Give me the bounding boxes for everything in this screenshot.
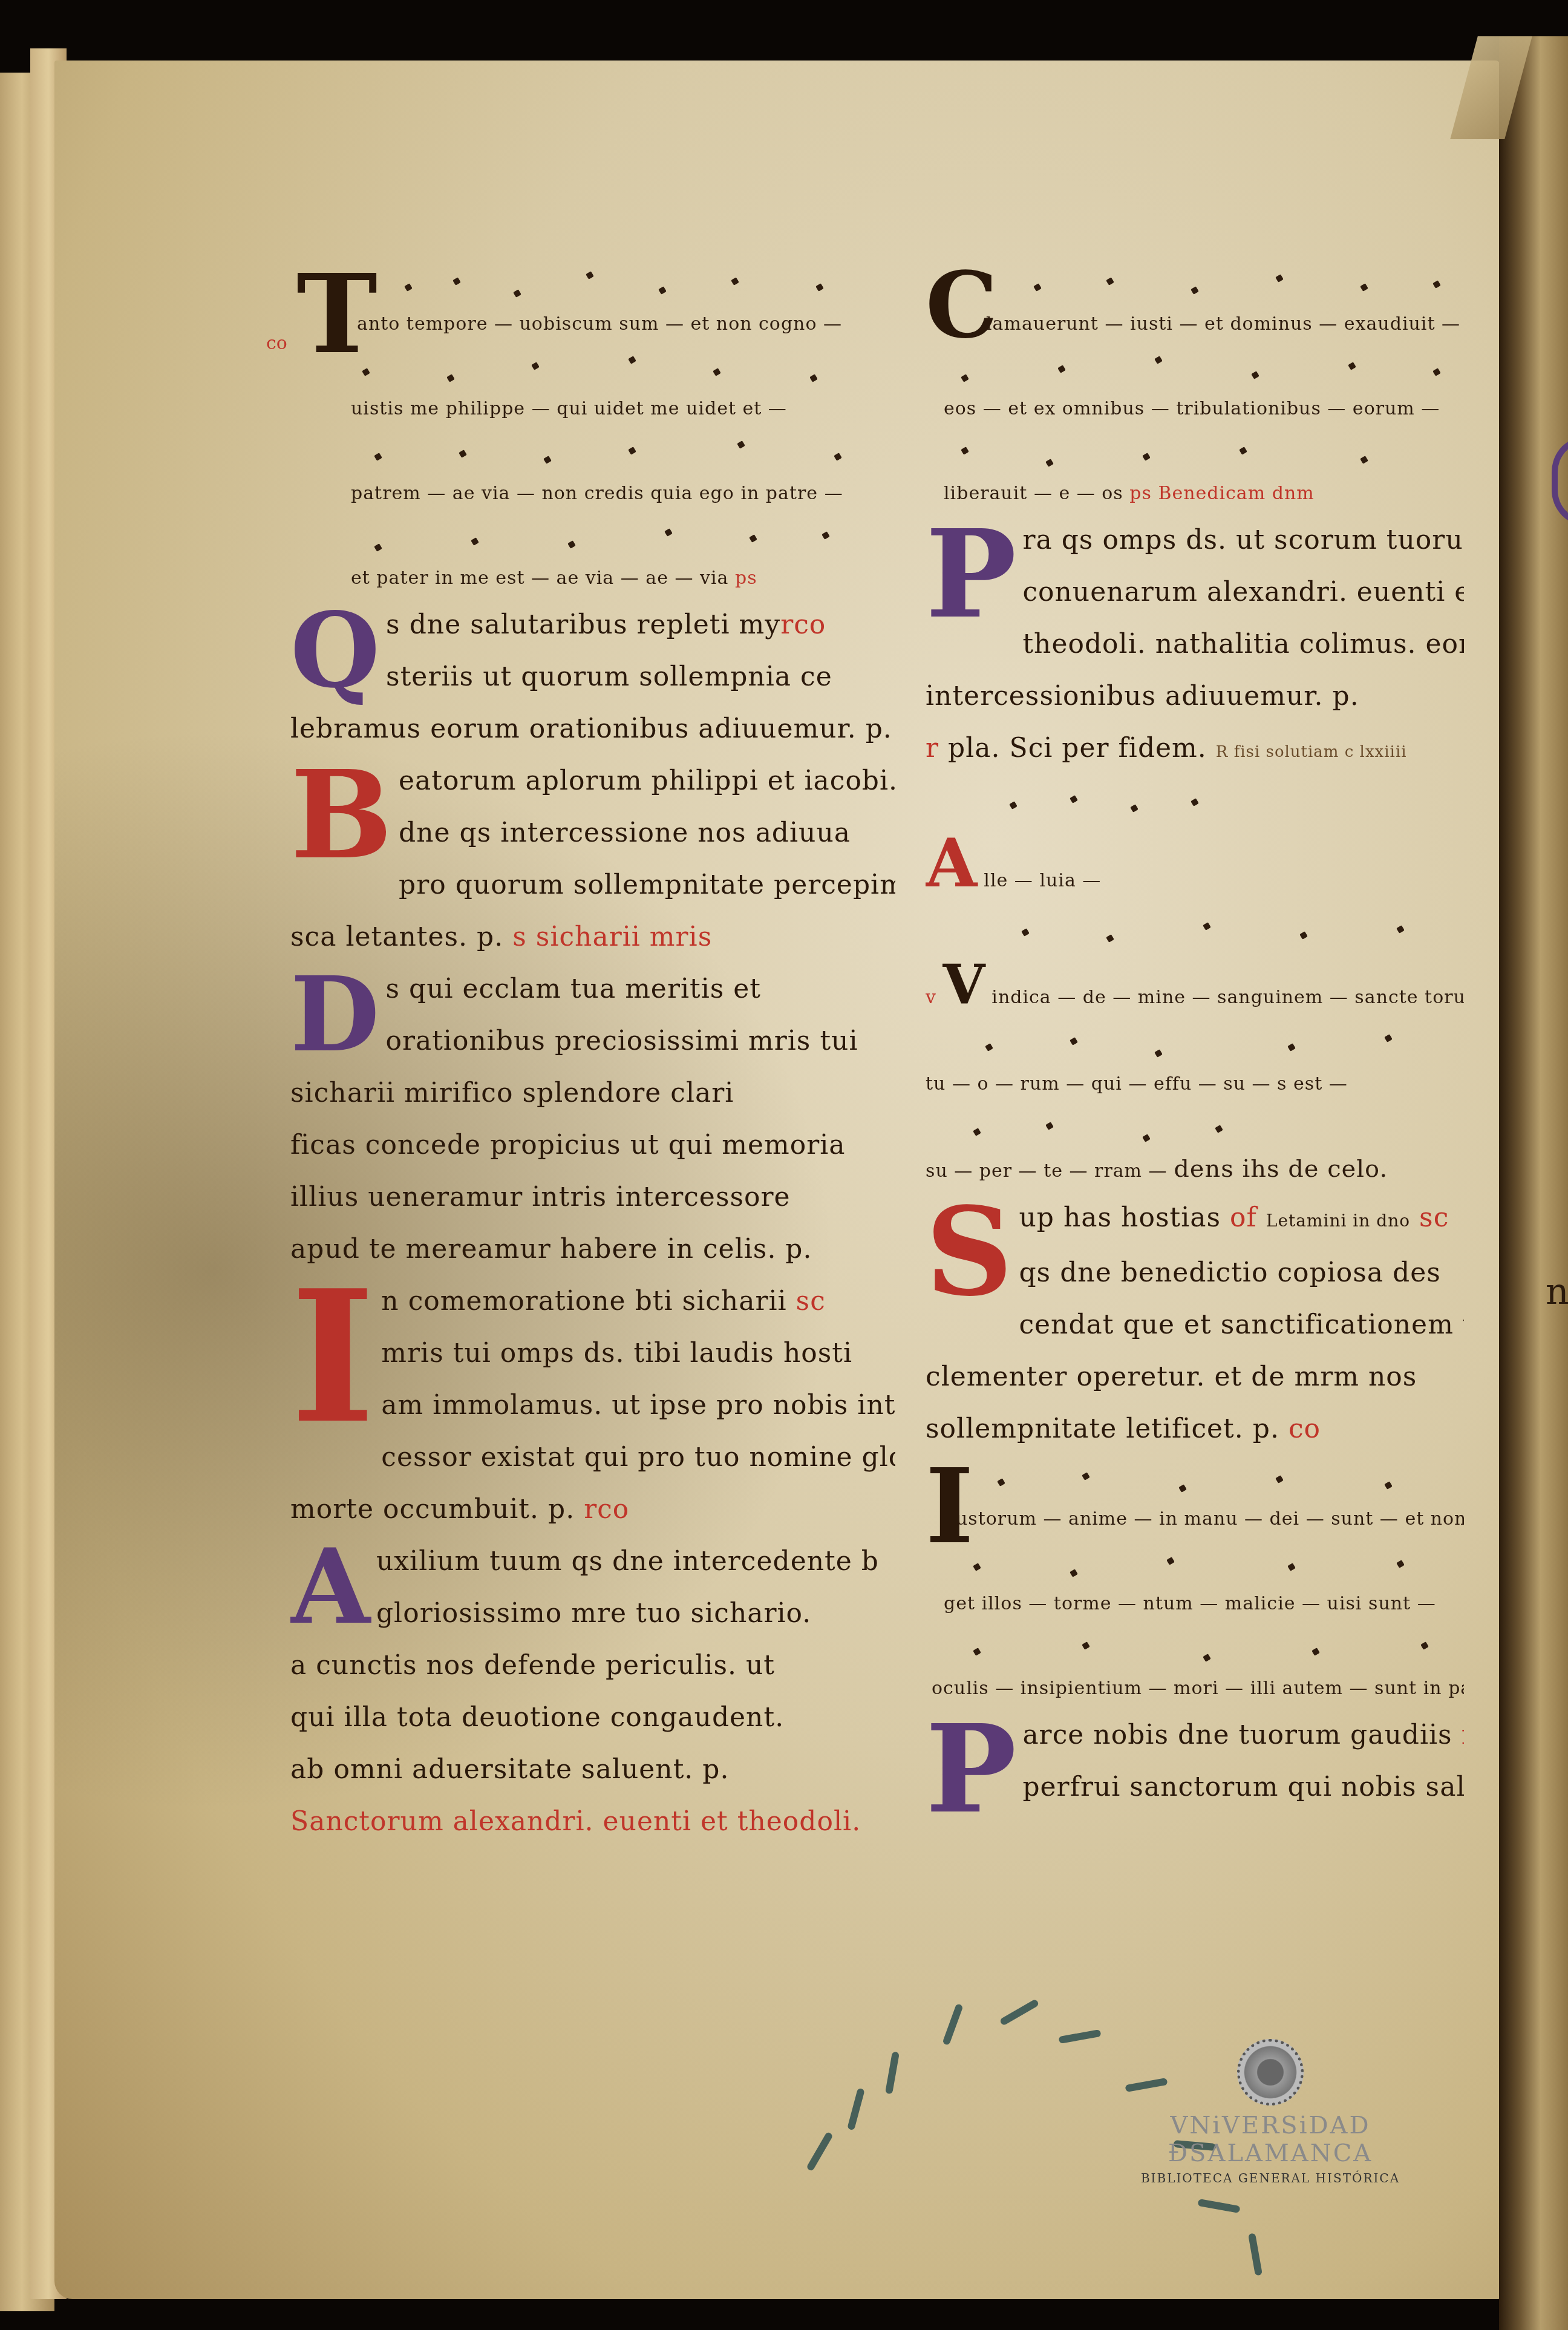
right-column: C lamauerunt — iusti — et dominus — exau… — [926, 260, 1464, 1830]
alleluia: Alle — luia — — [926, 778, 1464, 905]
alleluia-line: Alle — luia — — [926, 830, 1464, 897]
chant-line: tu — o — rum — qui — effu — su — s est — — [926, 1072, 1464, 1096]
neumes — [926, 778, 1464, 826]
prayer-line: morte occumbuit. p. rco — [290, 1484, 895, 1536]
neumes — [357, 260, 895, 309]
prayer-parce: P arce nobis dne tuorum gaudiis rco perf… — [926, 1709, 1464, 1830]
prayer-line: steriis ut quorum sollempnia ce — [290, 651, 895, 703]
neumes — [926, 1540, 1464, 1588]
chant-line: eos — et ex omnibus — tribulationibus — … — [926, 397, 1464, 421]
neumes — [926, 1455, 1464, 1504]
initial-b: B — [290, 755, 393, 876]
watermark-line3: BIBLIOTECA GENERAL HISTÓRICA — [1125, 2171, 1416, 2185]
initial-i: I — [290, 1275, 375, 1439]
watermark-line2: ÐSALAMANCA — [1125, 2139, 1416, 2167]
neumes — [926, 430, 1464, 478]
rubric-footer: Sanctorum alexandri. euenti et theodoli. — [290, 1796, 895, 1848]
prayer-line: am immolamus. ut ipse pro nobis inter — [290, 1379, 895, 1432]
prayer-line: ficas concede propicius ut qui memoria — [290, 1119, 895, 1171]
neumes — [926, 1105, 1464, 1153]
prayer-line: uxilium tuum qs dne intercedente b — [290, 1536, 895, 1588]
binding-gutter — [1499, 36, 1568, 2330]
prayer-super-has: S up has hostias of Letamini in dno sc q… — [926, 1192, 1464, 1455]
prayer-line: clementer operetur. et de mrm nos — [926, 1351, 1464, 1403]
prayer-line: s dne salutaribus repleti myrco — [290, 599, 895, 651]
neumes — [926, 905, 1464, 954]
chant-line: patrem — ae via — non credis quia ego in… — [290, 482, 895, 506]
initial-a: A — [290, 1536, 370, 1638]
prayer-line: mris tui omps ds. tibi laudis hosti — [290, 1327, 895, 1379]
prayer-in-commemoratione: I n comemoratione bti sicharii sc mris t… — [290, 1275, 895, 1536]
prayer-quos: Q s dne salutaribus repleti myrco sterii… — [290, 599, 895, 755]
prayer-line: lebramus eorum orationibus adiuuemur. p. — [290, 703, 895, 755]
prayer-line: ab omni aduersitate saluent. p. — [290, 1744, 895, 1796]
neumes — [290, 345, 895, 393]
prayer-line: cessor existat qui pro tuo nomine glorio… — [290, 1432, 895, 1484]
prayer-line: n comemoratione bti sicharii sc — [290, 1275, 895, 1327]
initial-q: Q — [290, 599, 380, 702]
prayer-line: illius ueneramur intris intercessore — [290, 1171, 895, 1223]
prayer-auxilium: A uxilium tuum qs dne intercedente b glo… — [290, 1536, 895, 1796]
prayer-line: orationibus preciosissimi mris tui — [290, 1015, 895, 1067]
neumes — [926, 345, 1464, 393]
library-watermark: VNiVERSiDAD ÐSALAMANCA BIBLIOTECA GENERA… — [1125, 2039, 1416, 2185]
prayer-line: s qui ecclam tua meritis et — [290, 963, 895, 1015]
prayer-line: gloriosissimo mre tuo sichario. — [290, 1588, 895, 1640]
watermark-line1: VNiVERSiDAD — [1125, 2112, 1416, 2139]
prayer-line: sca letantes. p. s sicharii mris — [290, 911, 895, 963]
prayer-line: sicharii mirifico splendore clari — [290, 1067, 895, 1119]
initial-d: D — [290, 963, 379, 1066]
chant-line: anto tempore — uobiscum sum — et non cog… — [357, 312, 895, 336]
left-column: co T anto tempore — uobiscum sum — et no… — [290, 260, 895, 1848]
initial-s: S — [926, 1192, 1013, 1313]
chant-line: liberauit — e — os ps Benedicam dnm — [926, 482, 1464, 506]
prayer-line: a cunctis nos defende periculis. ut — [290, 1640, 895, 1692]
chant-line: lamauerunt — iusti — et dominus — exaudi… — [986, 312, 1464, 336]
facing-page-glyph: n — [1546, 1271, 1568, 1313]
neumes — [926, 1625, 1464, 1673]
chant-clamauerunt: C lamauerunt — iusti — et dominus — exau… — [926, 260, 1464, 514]
university-seal-icon — [1237, 2039, 1304, 2106]
prayer-praesta: P ra qs omps ds. ut scorum tuorum or con… — [926, 514, 1464, 722]
neumes — [290, 430, 895, 478]
chant-line: get illos — torme — ntum — malicie — uis… — [926, 1592, 1464, 1616]
prayer-beatorum: B eatorum aplorum philippi et iacobi. al… — [290, 755, 895, 963]
chant-line: v Vindica — de — mine — sanguinem — sanc… — [926, 957, 1464, 1012]
chant-line: et pater in me est — ae via — ae — via p… — [290, 566, 895, 591]
margin-note: R fisi solutiam c lxxiiii — [1216, 743, 1407, 761]
prayer-line: intercessionibus adiuuemur. p. — [926, 670, 1464, 722]
prayer-line: sollempnitate letificet. p. co — [926, 1403, 1464, 1455]
verse-vindica: v Vindica — de — mine — sanguinem — sanc… — [926, 905, 1464, 1192]
neumes — [290, 514, 895, 563]
chant-iustorum: I ustorum — anime — in manu — dei — sunt… — [926, 1455, 1464, 1709]
neumes — [986, 260, 1464, 309]
prayer-deus-qui: D s qui ecclam tua meritis et orationibu… — [290, 963, 895, 1275]
prayer-line: qui illa tota deuotione congaudent. — [290, 1692, 895, 1744]
chant-line: oculis — insipientium — mori — illi aute… — [926, 1677, 1464, 1701]
initial-p: P — [926, 514, 1016, 635]
chant-tanto-tempore: co T anto tempore — uobiscum sum — et no… — [290, 260, 895, 599]
chant-line: ustorum — anime — in manu — dei — sunt —… — [926, 1507, 1464, 1531]
chant-line: su — per — te — rram — dens ihs de celo. — [926, 1157, 1464, 1183]
initial-p2: P — [926, 1709, 1016, 1830]
reading-cue: r pla. Sci per fidem. R fisi solutiam c … — [926, 722, 1464, 778]
chant-line: uistis me philippe — qui uidet me uidet … — [290, 397, 895, 421]
prayer-line: apud te mereamur habere in celis. p. — [290, 1223, 895, 1275]
neumes — [926, 1020, 1464, 1068]
